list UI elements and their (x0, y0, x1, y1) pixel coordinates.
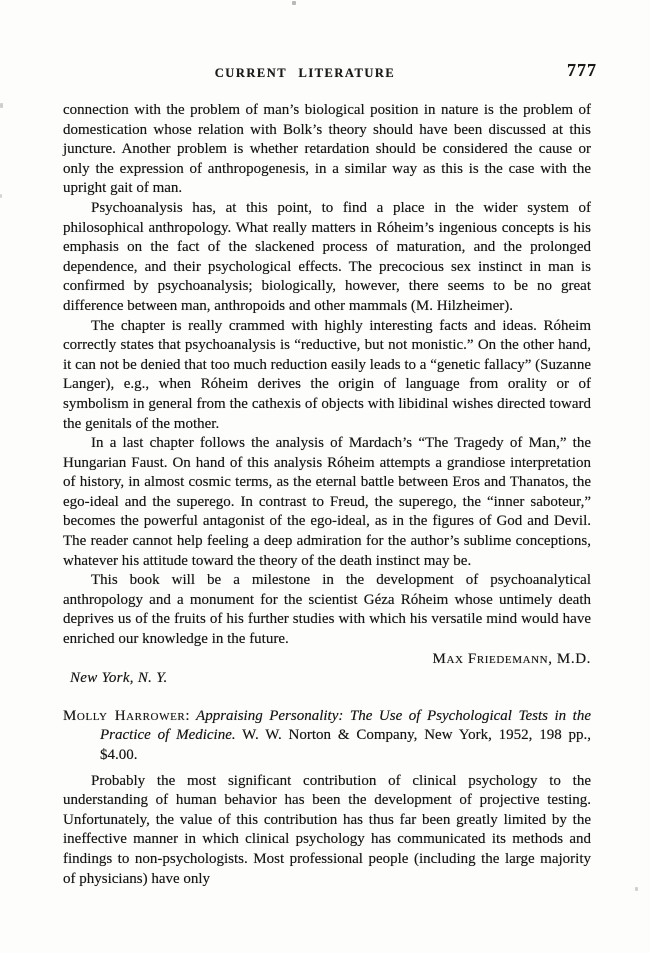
page-number: 777 (567, 60, 597, 81)
paragraph: In a last chapter follows the analysis o… (63, 434, 591, 571)
scan-speck (0, 103, 3, 108)
citation-author: Molly Harrower (63, 708, 185, 724)
journal-page: CURRENT LITERATURE 777 connection with t… (0, 0, 650, 953)
paragraph: Psychoanalysis has, at this point, to fi… (63, 199, 591, 317)
paragraph: This book will be a milestone in the dev… (63, 571, 591, 649)
page-body: connection with the problem of man’s bio… (63, 101, 591, 889)
reviewer-location: New York, N. Y. (63, 669, 591, 689)
scan-speck (292, 1, 296, 5)
paragraph: Probably the most significant contributi… (63, 772, 591, 890)
paragraph-continuation: connection with the problem of man’s bio… (63, 101, 591, 199)
citation-separator: : (185, 708, 196, 724)
book-citation: Molly Harrower: Appraising Personality: … (63, 707, 591, 766)
scan-speck (0, 194, 2, 198)
scan-speck (635, 887, 638, 891)
reviewer-signature: Max Friedemann, M.D. (63, 650, 591, 670)
running-head-title: CURRENT LITERATURE (0, 66, 610, 81)
paragraph: The chapter is really crammed with highl… (63, 317, 591, 435)
